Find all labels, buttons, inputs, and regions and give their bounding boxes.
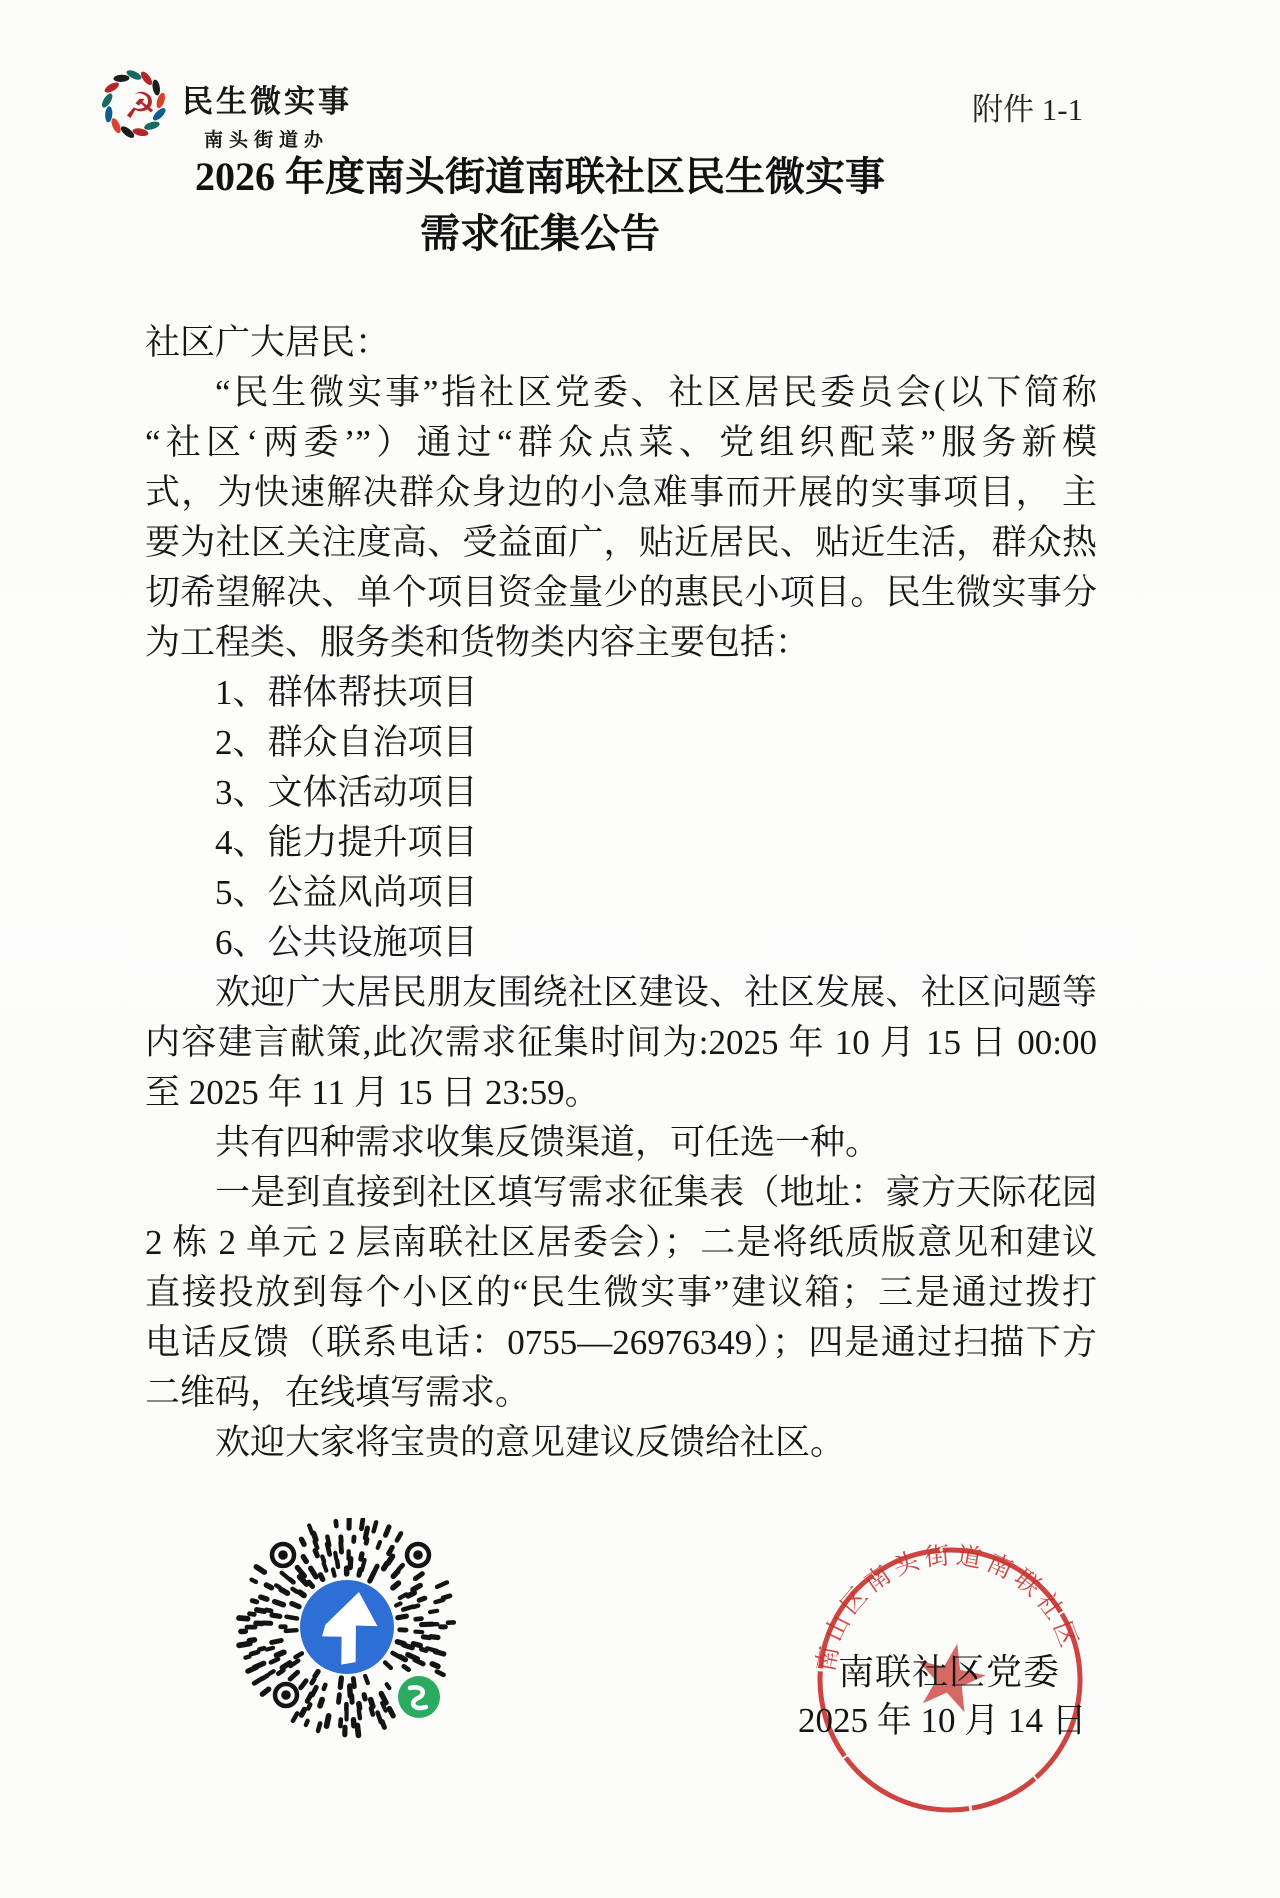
document-page: ☭ 民生微实事 南头街道办 附件 1-1 2026 年度南头街道南联社区民生微实…: [0, 0, 1280, 1898]
party-emblem-icon: ☭: [100, 62, 176, 148]
body-line: 要为社区关注度高、受益面广，贴近居民、贴近生活，群众热: [145, 518, 1097, 568]
body-line: 欢迎大家将宝贵的意见建议反馈给社区。: [145, 1418, 1097, 1468]
logo-text: 民生微实事 南头街道办: [182, 62, 352, 152]
body-line: 一是到直接到社区填写需求征集表（地址：豪方天际花园: [145, 1168, 1097, 1218]
body-line: 为工程类、服务类和货物类内容主要包括：: [145, 618, 1097, 668]
stamp-date-line: 2025 年 10 月 14 日: [798, 1693, 1087, 1743]
qr-eye-top-right: [407, 1544, 429, 1566]
attachment-label: 附件 1-1: [972, 84, 1083, 129]
body-line: 内容建言献策,此次需求征集时间为:2025 年 10 月 15 日 00:00: [145, 1018, 1097, 1068]
qr-eye-bottom-left: [275, 1684, 297, 1706]
document-title: 2026 年度南头街道南联社区民生微实事 需求征集公告: [60, 148, 1020, 262]
hammer-sickle-icon: ☭: [124, 86, 156, 126]
body-line: 共有四种需求收集反馈渠道，可任选一种。: [145, 1118, 1097, 1168]
body-line: 2 栋 2 单元 2 层南联社区居委会）；二是将纸质版意见和建议: [145, 1218, 1097, 1268]
stamp-org-line: 南联社区党委: [838, 1644, 1060, 1695]
logo-title: 民生微实事: [182, 76, 352, 121]
body-line: 5、公益风尚项目: [145, 868, 1097, 918]
body-line: “民生微实事”指社区党委、社区居民委员会(以下简称: [145, 368, 1097, 418]
wechat-qr-code: [235, 1518, 470, 1748]
body-line: 式，为快速解决群众身边的小急难事而开展的实事项目， 主: [145, 468, 1097, 518]
body-line: 欢迎广大居民朋友围绕社区建设、社区发展、社区问题等: [145, 968, 1097, 1018]
body-lines: “民生微实事”指社区党委、社区居民委员会(以下简称“社区‘两委’”）通过“群众点…: [145, 368, 1097, 1468]
body-line: 2、群众自治项目: [145, 718, 1097, 768]
logo: ☭ 民生微实事 南头街道办: [100, 62, 352, 152]
qr-eye-top-left: [272, 1544, 294, 1566]
body-line: 3、文体活动项目: [145, 768, 1097, 818]
body-line: 切希望解决、单个项目资金量少的惠民小项目。民生微实事分: [145, 568, 1097, 618]
body-line: 电话反馈（联系电话：0755—26976349）；四是通过扫描下方: [145, 1318, 1097, 1368]
salutation: 社区广大居民：: [145, 318, 1097, 368]
wechat-icon: [398, 1676, 440, 1718]
body-line: 4、能力提升项目: [145, 818, 1097, 868]
document-title-line1: 2026 年度南头街道南联社区民生微实事: [60, 148, 1020, 205]
body-line: “社区‘两委’”）通过“群众点菜、党组织配菜”服务新模: [145, 418, 1097, 468]
body-line: 直接投放到每个小区的“民生微实事”建议箱；三是通过拨打: [145, 1268, 1097, 1318]
body-line: 6、公共设施项目: [145, 918, 1097, 968]
body-line: 二维码，在线填写需求。: [145, 1368, 1097, 1418]
document-title-line2: 需求征集公告: [60, 205, 1020, 262]
body-line: 至 2025 年 11 月 15 日 23:59。: [145, 1068, 1097, 1118]
body-line: 1、群体帮扶项目: [145, 668, 1097, 718]
document-body: 社区广大居民： “民生微实事”指社区党委、社区居民委员会(以下简称“社区‘两委’…: [145, 318, 1097, 1468]
